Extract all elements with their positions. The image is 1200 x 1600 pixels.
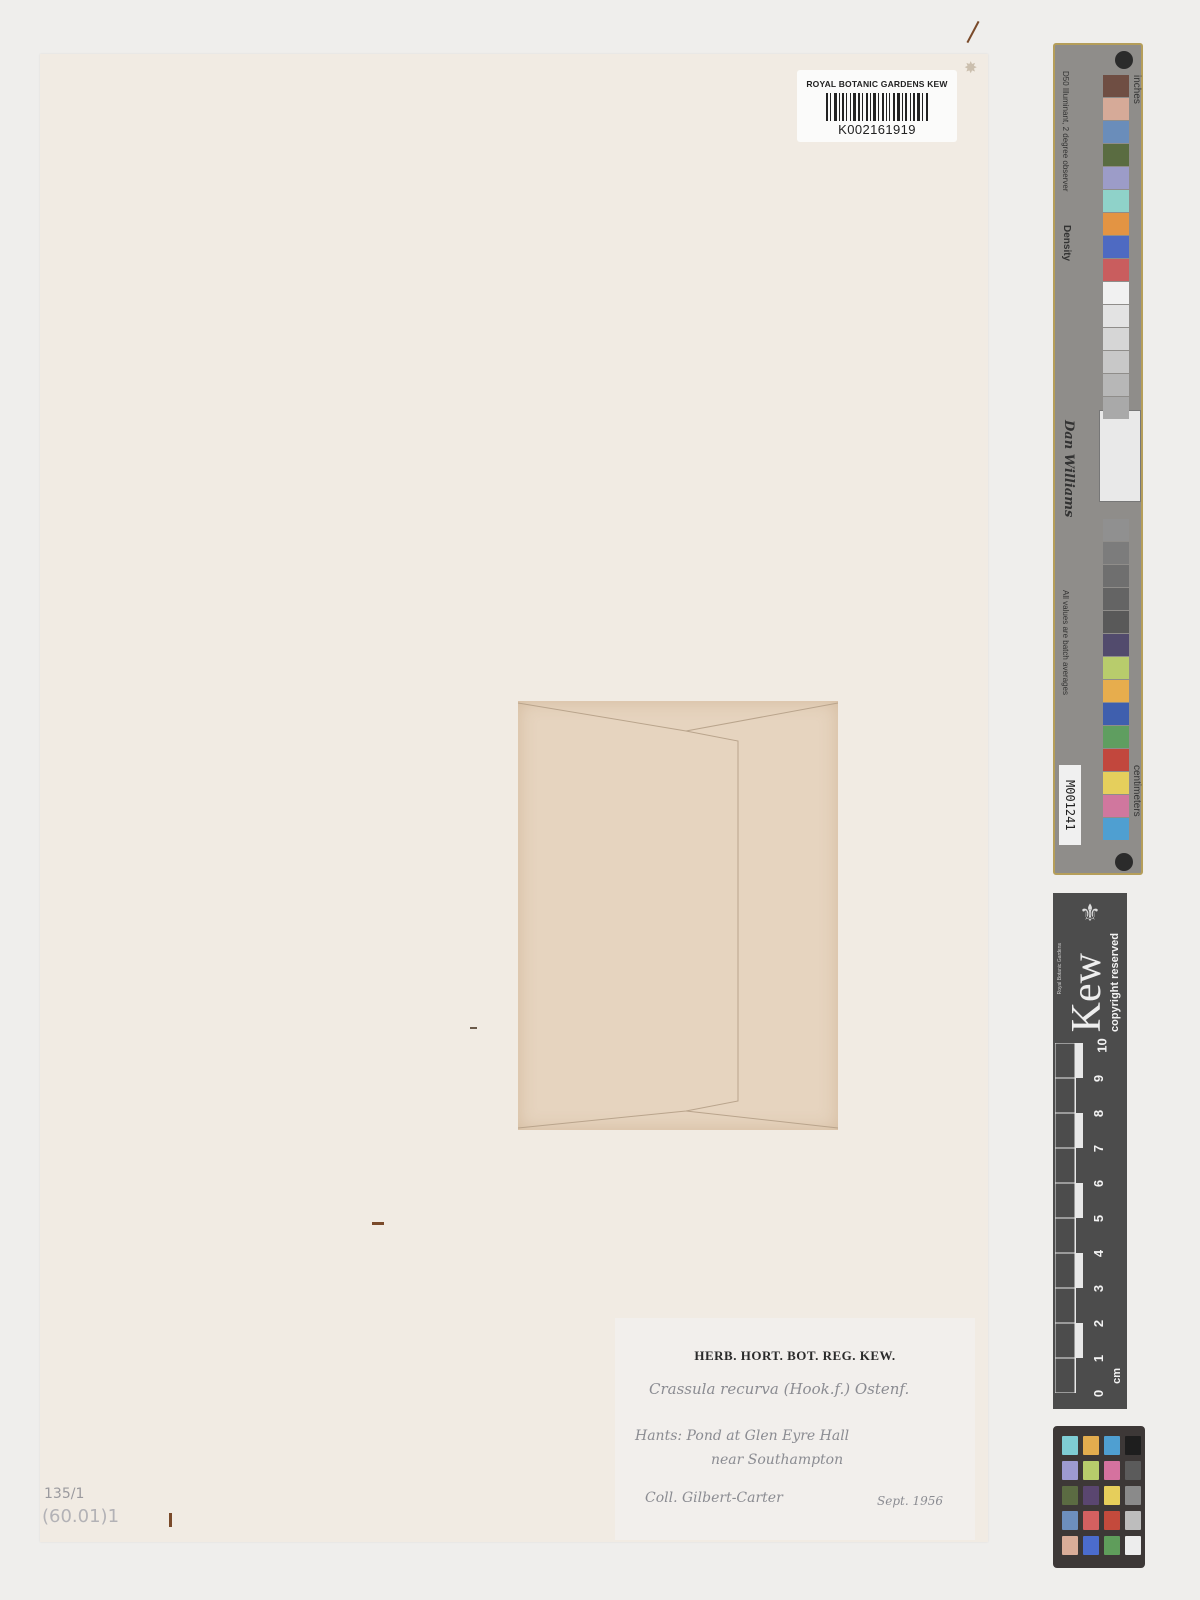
specimen-id: K002161919 (797, 122, 957, 137)
color-patch (1103, 98, 1129, 120)
color-patch (1103, 167, 1129, 189)
checker-patch (1104, 1436, 1120, 1455)
barcode-icon (826, 93, 928, 121)
kew-scale-bar: ⚜ Royal Botanic Gardens Kew 0 1 2 3 4 5 … (1053, 893, 1127, 1409)
color-patch (1103, 190, 1129, 212)
cm-number: 4 (1091, 1250, 1106, 1257)
checker-patch (1083, 1486, 1099, 1505)
copyright-text: copyright reserved (1109, 933, 1121, 1032)
checker-patch (1125, 1461, 1141, 1480)
color-patch (1103, 259, 1129, 281)
specimen-envelope (518, 701, 838, 1130)
color-patch (1103, 75, 1129, 97)
color-checker-grid (1062, 1436, 1141, 1555)
checker-patch (1125, 1436, 1141, 1455)
color-patch (1103, 282, 1129, 304)
cm-unit-label: cm (1111, 1368, 1123, 1384)
checker-patch (1083, 1536, 1099, 1555)
pencil-note-1: 135/1 (44, 1486, 84, 1502)
ruler-brand: Dan Williams (1061, 420, 1076, 517)
color-patch (1103, 121, 1129, 143)
locality-line-2: near Southampton (711, 1452, 843, 1468)
checker-patch (1104, 1486, 1120, 1505)
cm-number: 6 (1091, 1180, 1106, 1187)
debris-mark (966, 21, 979, 43)
cm-number: 8 (1091, 1110, 1106, 1117)
density-label: Density (1061, 225, 1072, 261)
checker-patch (1062, 1461, 1078, 1480)
collector: Coll. Gilbert-Carter (645, 1490, 783, 1506)
kew-crest-icon: ⚜ (1075, 899, 1105, 929)
color-patch (1103, 374, 1129, 396)
checker-patch (1104, 1461, 1120, 1480)
debris-mark (470, 1027, 477, 1029)
cm-number: 1 (1091, 1355, 1106, 1362)
envelope-fold-lines (518, 701, 838, 1130)
color-patch (1103, 726, 1129, 748)
checker-patch (1062, 1436, 1078, 1455)
checker-patch (1104, 1536, 1120, 1555)
color-patch (1103, 213, 1129, 235)
locality-line-1: Hants: Pond at Glen Eyre Hall (635, 1428, 849, 1444)
color-calibration-ruler: inches centimeters D50 Illuminant, 2 deg… (1053, 43, 1143, 875)
kew-logo: Kew (1063, 953, 1111, 1032)
color-patch (1103, 795, 1129, 817)
checker-patch (1125, 1536, 1141, 1555)
checker-patch (1062, 1511, 1078, 1530)
corner-annotation: ✸ (964, 58, 982, 82)
centimeters-label: centimeters (1131, 765, 1142, 817)
checker-patch (1125, 1511, 1141, 1530)
color-patch (1103, 542, 1129, 564)
cm-number: 3 (1091, 1285, 1106, 1292)
checker-patch (1104, 1511, 1120, 1530)
ruler-footnote: All values are batch averages (1061, 590, 1070, 695)
cm-number: 7 (1091, 1145, 1106, 1152)
cm-number: 2 (1091, 1320, 1106, 1327)
color-patch (1103, 772, 1129, 794)
cm-scale-ticks (1055, 1043, 1085, 1393)
checker-patch (1083, 1511, 1099, 1530)
barcode-institution: ROYAL BOTANIC GARDENS KEW (797, 79, 957, 89)
checker-patch (1083, 1436, 1099, 1455)
taxon-name: Crassula recurva (Hook.f.) Ostenf. (649, 1380, 909, 1398)
herbarium-label: HERB. HORT. BOT. REG. KEW. Crassula recu… (615, 1318, 975, 1540)
color-patch (1103, 519, 1129, 541)
color-patch (1103, 236, 1129, 258)
cm-number: 0 (1091, 1390, 1106, 1397)
checker-patch (1125, 1486, 1141, 1505)
ruler-color-patches (1103, 75, 1129, 841)
color-patch (1103, 328, 1129, 350)
color-checker-card (1053, 1426, 1145, 1568)
cm-number: 5 (1091, 1215, 1106, 1222)
color-patch (1103, 703, 1129, 725)
debris-mark (169, 1513, 172, 1527)
collection-date: Sept. 1956 (877, 1494, 943, 1508)
color-patch (1103, 680, 1129, 702)
inches-label: inches (1131, 75, 1142, 104)
label-title: HERB. HORT. BOT. REG. KEW. (615, 1348, 975, 1364)
barcode-label: ROYAL BOTANIC GARDENS KEW K002161919 (797, 70, 957, 142)
color-patch (1103, 565, 1129, 587)
pencil-note-2: (60.01)1 (42, 1506, 119, 1527)
cm-numbers: 0 1 2 3 4 5 6 7 8 9 10 (1095, 1041, 1115, 1396)
color-patch (1103, 305, 1129, 327)
checker-patch (1062, 1536, 1078, 1555)
color-patch (1103, 657, 1129, 679)
ruler-id: M001241 (1059, 765, 1081, 845)
color-patch (1103, 749, 1129, 771)
color-patch (1103, 397, 1129, 419)
cm-number: 9 (1091, 1075, 1106, 1082)
color-patch (1103, 611, 1129, 633)
debris-mark (372, 1222, 384, 1225)
color-patch (1103, 818, 1129, 840)
checker-patch (1062, 1486, 1078, 1505)
cm-number: 10 (1095, 1038, 1110, 1052)
color-patch (1103, 351, 1129, 373)
ruler-hole (1115, 51, 1133, 69)
color-patch (1103, 144, 1129, 166)
color-patch (1103, 588, 1129, 610)
ruler-hole (1115, 853, 1133, 871)
checker-patch (1083, 1461, 1099, 1480)
illuminant-text: D50 Illuminant, 2 degree observer (1061, 71, 1070, 192)
color-patch (1103, 634, 1129, 656)
